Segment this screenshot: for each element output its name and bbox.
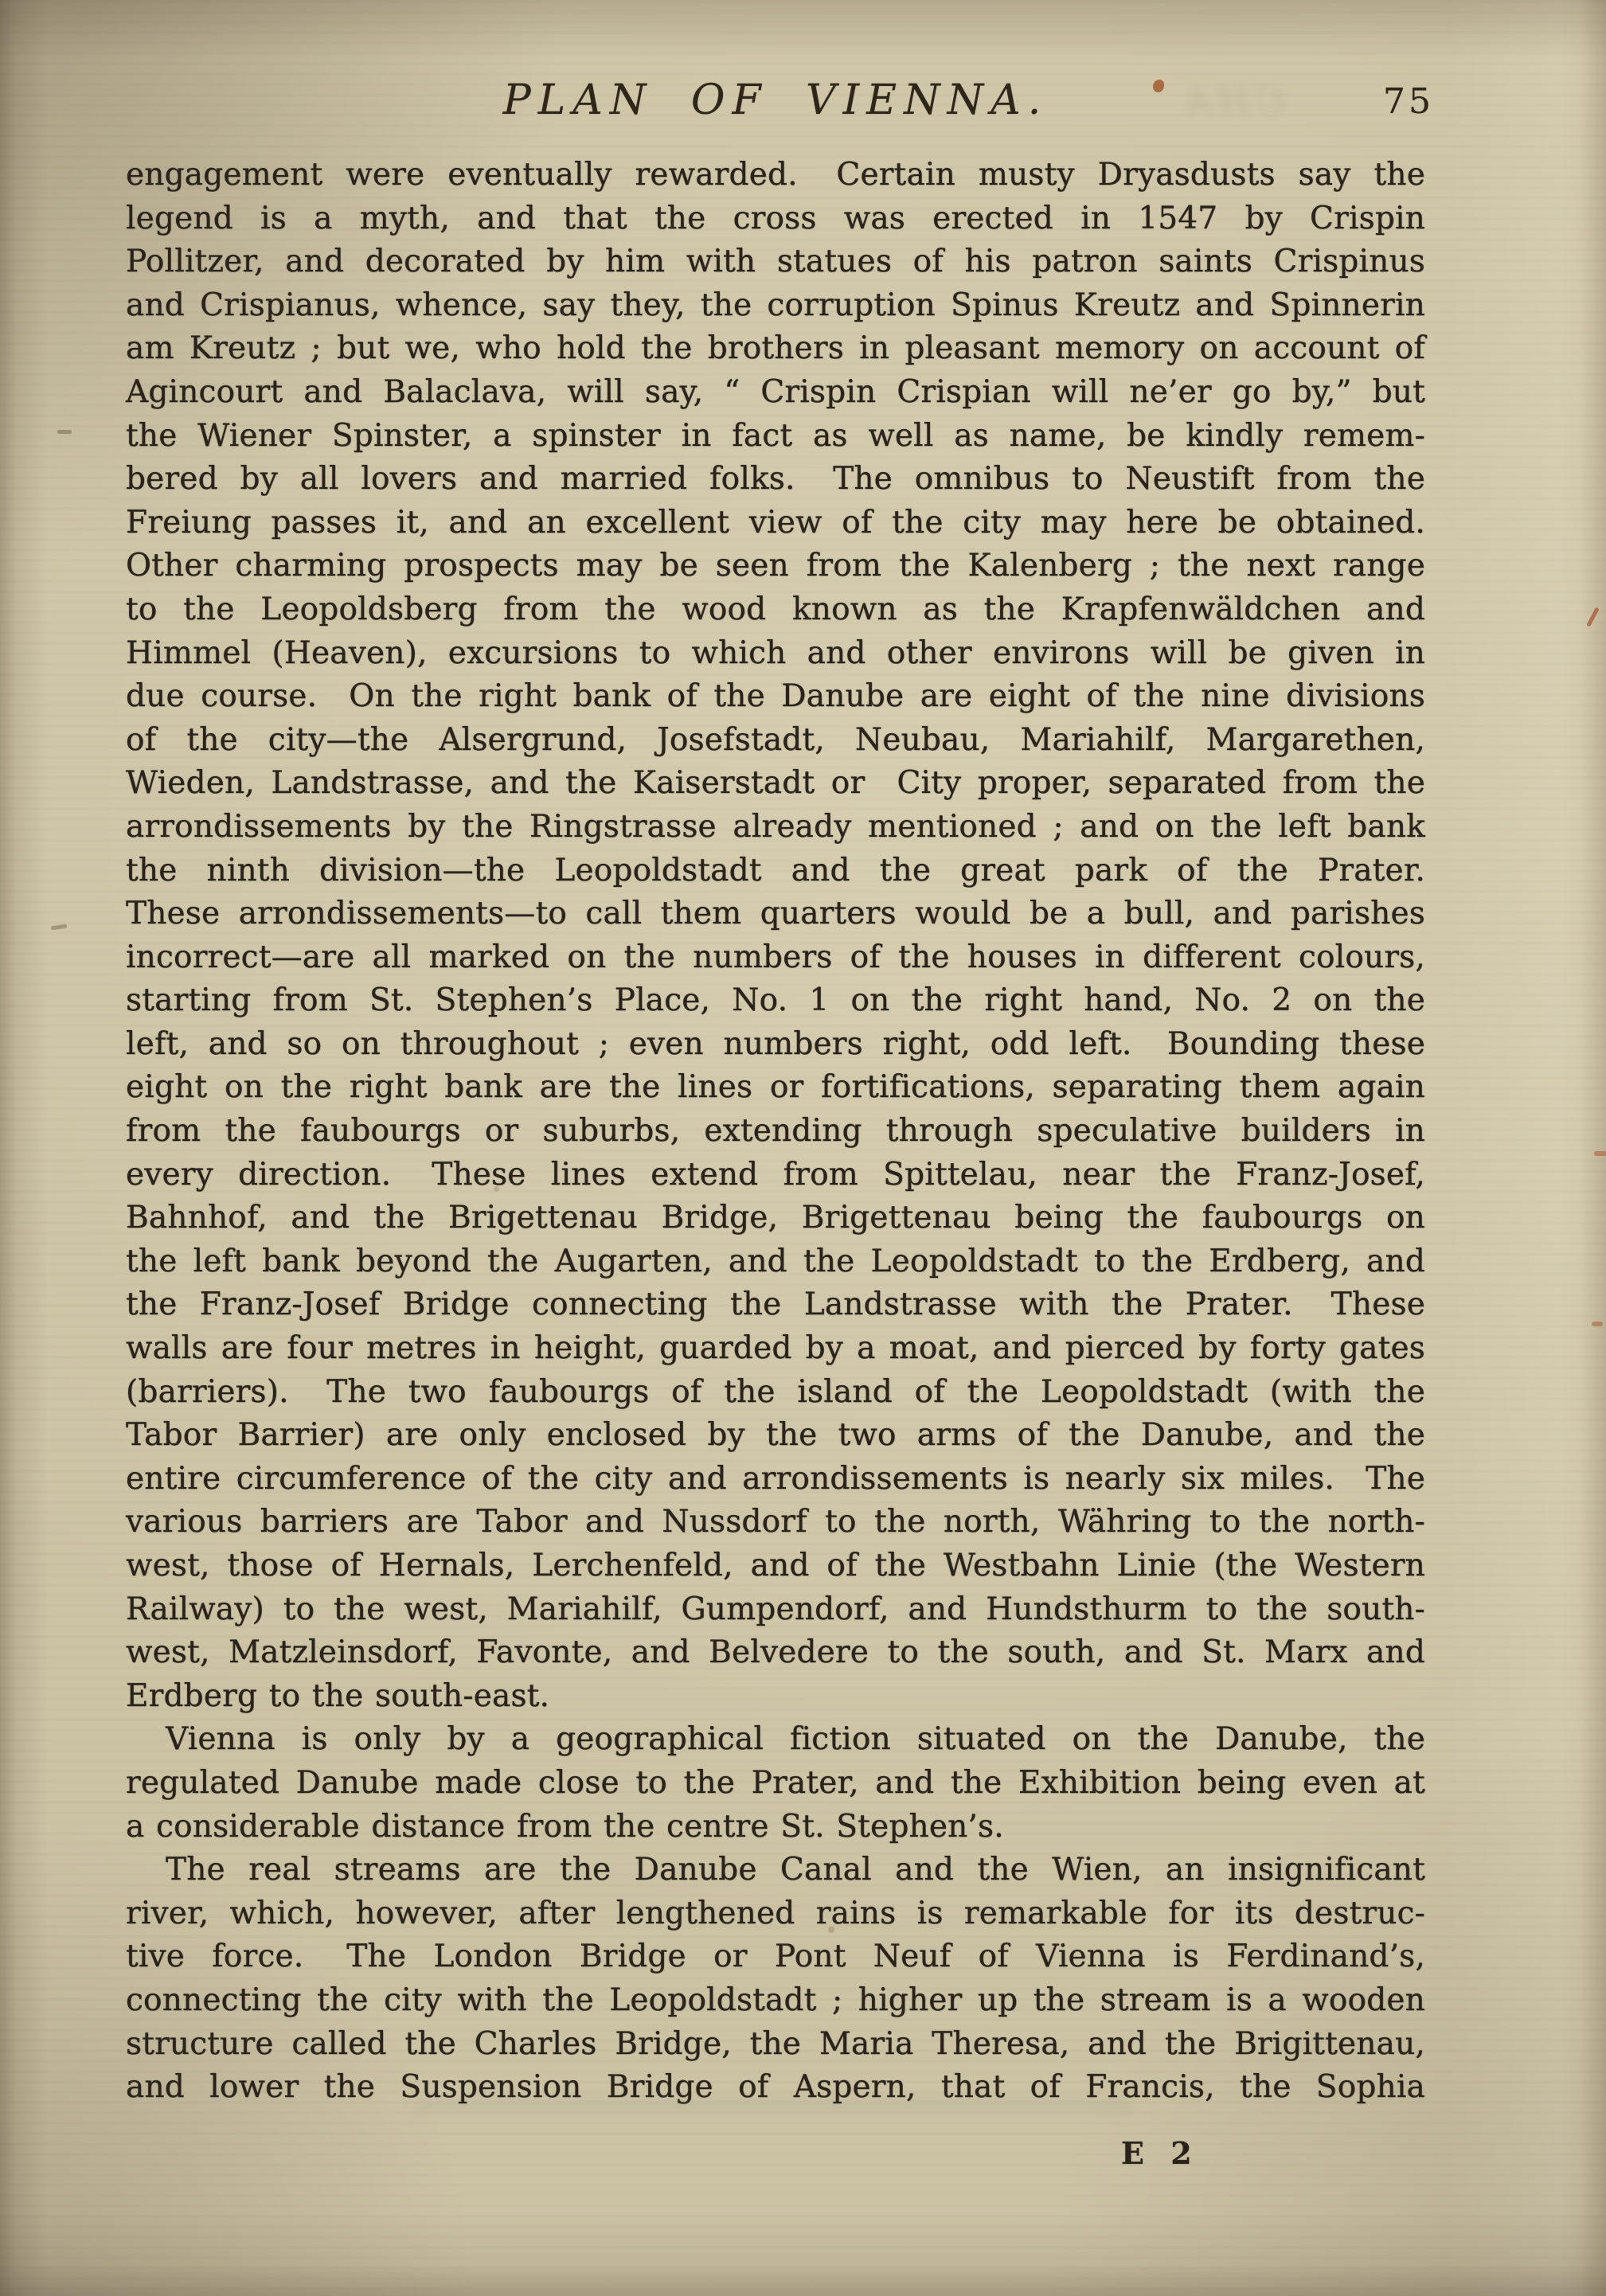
text-line: Agincourt and Balaclava, will say, “ Cri… (126, 371, 1425, 415)
paper-speck (828, 1927, 834, 1933)
text-line: regulated Danube made close to the Prate… (126, 1762, 1425, 1806)
text-line: eight on the right bank are the lines or… (126, 1066, 1425, 1110)
text-line: the ninth division—the Leopoldstadt and … (126, 849, 1425, 893)
paper-speck (1594, 1151, 1606, 1156)
text-line: every direction. These lines extend from… (126, 1154, 1425, 1197)
text-line: Erdberg to the south-east. (126, 1675, 1425, 1719)
text-line: engagement were eventually rewarded. Cer… (126, 154, 1425, 197)
margin-mark (57, 430, 72, 434)
text-line: incorrect—are all marked on the numbers … (126, 936, 1425, 980)
printer-signature: E 2 (1121, 2135, 1200, 2171)
text-line: and Crispianus, whence, say they, the co… (126, 284, 1425, 328)
text-line: left, and so on throughout ; even number… (126, 1023, 1425, 1067)
text-line: Railway) to the west, Mariahilf, Gumpend… (126, 1588, 1425, 1632)
text-line: legend is a myth, and that the cross was… (126, 197, 1425, 241)
text-line: Tabor Barrier) are only enclosed by the … (126, 1414, 1425, 1458)
text-line: (barriers). The two faubourgs of the isl… (126, 1371, 1425, 1415)
book-page-scan: PLAN OF VIENNA. 75 engagement were event… (0, 0, 1606, 2296)
text-line: the Franz-Josef Bridge connecting the La… (126, 1283, 1425, 1327)
page-title: PLAN OF VIENNA. (503, 76, 1048, 124)
text-line: west, Matzleinsdorf, Favonte, and Belved… (126, 1631, 1425, 1675)
text-line: Other charming prospects may be seen fro… (126, 545, 1425, 588)
text-line: west, those of Hernals, Lerchenfeld, and… (126, 1544, 1425, 1588)
text-line: walls are four metres in height, guarded… (126, 1327, 1425, 1371)
text-line: river, which, however, after lengthened … (126, 1892, 1425, 1936)
text-line: due course. On the right bank of the Dan… (126, 675, 1425, 719)
text-line: from the faubourgs or suburbs, extending… (126, 1110, 1425, 1154)
text-line: Bahnhof, and the Brigettenau Bridge, Bri… (126, 1197, 1425, 1240)
text-line: Vienna is only by a geographical fiction… (126, 1718, 1425, 1762)
paper-speck (1586, 607, 1600, 627)
text-line: bered by all lovers and married folks. T… (126, 458, 1425, 502)
text-line: to the Leopoldsberg from the wood known … (126, 588, 1425, 632)
body-text: engagement were eventually rewarded. Cer… (126, 154, 1425, 2110)
text-line: the left bank beyond the Augarten, and t… (126, 1240, 1425, 1284)
paper-speck (494, 1186, 499, 1192)
margin-mark (51, 924, 68, 931)
text-line: the Wiener Spinster, a spinster in fact … (126, 415, 1425, 459)
text-line: tive force. The London Bridge or Pont Ne… (126, 1935, 1425, 1979)
text-line: arrondissements by the Ringstrasse alrea… (126, 806, 1425, 849)
text-line: Freiung passes it, and an excellent view… (126, 502, 1425, 545)
text-line: various barriers are Tabor and Nussdorf … (126, 1501, 1425, 1544)
text-line: These arrondissements—to call them quart… (126, 892, 1425, 936)
text-line: Pollitzer, and decorated by him with sta… (126, 240, 1425, 284)
paper-speck (1592, 1322, 1603, 1326)
text-line: starting from St. Stephen’s Place, No. 1… (126, 979, 1425, 1023)
text-line: of the city—the Alsergrund, Josefstadt, … (126, 719, 1425, 763)
page-number: 75 (1383, 81, 1434, 122)
text-line: entire circumference of the city and arr… (126, 1458, 1425, 1501)
text-line: connecting the city with the Leopoldstad… (126, 1979, 1425, 2023)
text-line: a considerable distance from the centre … (126, 1806, 1425, 1849)
text-line: Himmel (Heaven), excursions to which and… (126, 632, 1425, 676)
text-line: Wieden, Landstrasse, and the Kaiserstadt… (126, 762, 1425, 806)
text-line: am Kreutz ; but we, who hold the brother… (126, 327, 1425, 371)
text-line: The real streams are the Danube Canal an… (126, 1849, 1425, 1892)
show-through-ghost (414, 2100, 1131, 2113)
show-through-ghost: CHA (1178, 80, 1284, 123)
text-line: structure called the Charles Bridge, the… (126, 2023, 1425, 2067)
